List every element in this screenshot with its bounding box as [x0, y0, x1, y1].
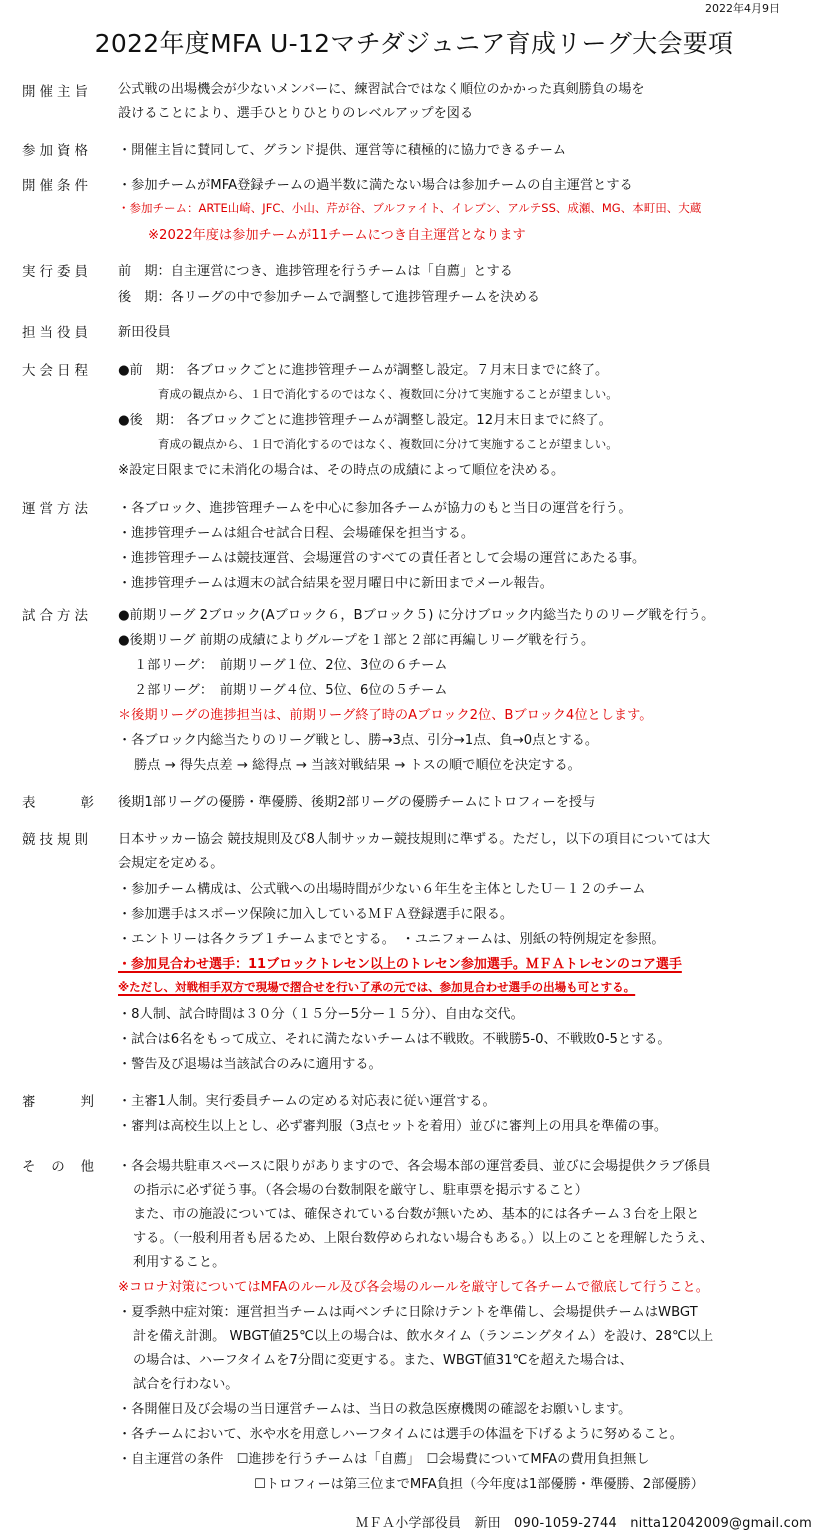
text-line: ・各ブロック内総当たりのリーグ戦とし、勝→3点、引分→1点、負→0点とする。: [118, 729, 598, 748]
text-line: ・進捗管理チームは組合せ試合日程、会場確保を担当する。: [118, 522, 474, 541]
text-line: 前 期：自主運営につき、進捗管理を行うチームは「自薦」とする: [118, 260, 513, 279]
section-label: 運営方法: [22, 497, 100, 517]
label-char: 表: [22, 791, 36, 811]
text-line: ・8人制、試合時間は３０分（１５分ー5分ー１５分）、自由な交代。: [118, 1003, 524, 1022]
section-label: 参加資格: [22, 139, 100, 159]
text-line: 後期1部リーグの優勝・準優勝、後期2部リーグの優勝チームにトロフィーを授与: [118, 791, 595, 810]
text-line: 会規定を定める。: [118, 852, 224, 871]
text-line: ・各チームにおいて、氷や水を用意しハーフタイムには選手の体温を下げるように努める…: [118, 1423, 683, 1442]
text-line: 育成の観点から、１日で消化するのではなく、複数回に分けて実施することが望ましい。: [158, 436, 618, 452]
text-line: ・各ブロック、進捗管理チームを中心に参加各チームが協力のもと当日の運営を行う。: [118, 497, 632, 516]
text-line: の場合は、ハーフタイムを7分間に変更する。また、WBGT値31℃を超えた場合は、: [133, 1349, 633, 1368]
self-management-conditions: ・自主運営の条件 ☐進捗を行うチームは「自薦」 ☐会場費についてMFAの費用負担…: [118, 1448, 650, 1467]
section-label: 実行委員: [22, 260, 100, 280]
exception-note: ※ただし、対戦相手双方で現場で摺合せを行い了承の元では、参加見合わせ選手の出場も…: [118, 979, 635, 995]
label-char: の: [51, 1155, 65, 1175]
text-line: 新田役員: [118, 321, 171, 340]
text-line: ・試合は6名をもって成立、それに満たないチームは不戦敗。不戦勝5-0、不戦敗0-…: [118, 1028, 671, 1047]
text-line: 設けることにより、選手ひとりひとりのレベルアップを図る: [118, 102, 473, 121]
text-line: 勝点 → 得失点差 → 総得点 → 当該対戦結果 → トスの順で順位を決定する。: [134, 754, 581, 773]
text-line: １部リーグ： 前期リーグ１位、2位、3位の６チーム: [134, 654, 448, 673]
text-line: 計を備え計測。 WBGT値25℃以上の場合は、飲水タイム（ランニングタイム）を設…: [133, 1325, 713, 1344]
document-title: 2022年度MFA U-12マチダジュニア育成リーグ大会要項: [0, 24, 828, 60]
text-line: ●前 期： 各ブロックごとに進捗管理チームが調整し設定。７月末日までに終了。: [118, 359, 608, 378]
excluded-players-note: ・参加見合わせ選手：11ブロックトレセン以上のトレセン参加選手。ＭＦＡトレセンの…: [118, 953, 682, 972]
section-label: 試合方法: [22, 604, 100, 624]
text-line: ２部リーグ： 前期リーグ４位、5位、6位の５チーム: [134, 679, 448, 698]
text-line: ●前期リーグ 2ブロック(Aブロック６，Bブロック５) に分けブロック内総当たり…: [118, 604, 714, 623]
text-line: 後 期：各リーグの中で参加チームで調整して進捗管理チームを決める: [118, 286, 540, 305]
section-label: 開催主旨: [22, 80, 100, 100]
progress-note: ＊後期リーグの進捗担当は、前期リーグ終了時のAブロック2位、Bブロック4位としま…: [118, 704, 652, 723]
text-line: ・各開催日及び会場の当日運営チームは、当日の救急医療機関の確認をお願いします。: [118, 1398, 631, 1417]
contact-footer: ＭＦＡ小学部役員 新田 090-1059-2744 nitta12042009@…: [356, 1512, 812, 1531]
text-line: ・エントリーは各クラブ１チームまでとする。 ・ユニフォームは、別紙の特例規定を参…: [118, 928, 665, 947]
text-line: ・参加チーム構成は、公式戦への出場時間が少ない６年生を主体としたＵ－１２のチーム: [118, 878, 646, 897]
text-line: 試合を行わない。: [133, 1373, 239, 1392]
text-line: ※設定日限までに未消化の場合は、その時点の成績によって順位を決める。: [118, 459, 564, 478]
text-line: ・各会場共駐車スペースに限りがありますので、各会場本部の運営委員、並びに会場提供…: [118, 1155, 711, 1174]
label-char: 他: [81, 1155, 95, 1175]
self-management-note: ※2022年度は参加チームが11チームにつき自主運営となります: [148, 224, 526, 243]
text-line: ・進捗管理チームは週末の試合結果を翌月曜日中に新田までメール報告。: [118, 572, 553, 591]
section-label: 大会日程: [22, 359, 100, 379]
document-date: 2022年4月9日: [705, 0, 780, 16]
text-line: ●後 期： 各ブロックごとに進捗管理チームが調整し設定。12月末日までに終了。: [118, 409, 612, 428]
text-line: 育成の観点から、１日で消化するのではなく、複数回に分けて実施することが望ましい。: [158, 386, 618, 402]
text-line: ・開催主旨に賛同して、グランド提供、運営等に積極的に協力できるチーム: [118, 139, 566, 158]
text-line: ・参加チームがMFA登録チームの過半数に満たない場合は参加チームの自主運営とする: [118, 174, 633, 193]
text-line: の指示に必ず従う事。（各会場の台数制限を厳守し、駐車票を掲示すること）: [133, 1179, 588, 1198]
label-char: そ: [22, 1155, 36, 1175]
text-line: ・参加選手はスポーツ保険に加入しているＭＦＡ登録選手に限る。: [118, 903, 513, 922]
text-line: 公式戦の出場機会が少ないメンバーに、練習試合ではなく順位のかかった真剣勝負の場を: [118, 78, 645, 97]
label-char: 判: [81, 1090, 95, 1110]
section-label: 表 彰: [22, 791, 94, 811]
trophy-condition: ☐トロフィーは第三位までMFA負担（今年度は1部優勝・準優勝、2部優勝）: [254, 1473, 704, 1492]
participating-teams: ・参加チーム：ARTE山崎、JFC、小山、芹が谷、ブルファイト、イレブン、アルテ…: [118, 200, 701, 216]
text-line: する。（一般利用者も居るため、上限台数停められない場合もある。）以上のことを理解…: [133, 1227, 714, 1246]
label-char: 審: [22, 1090, 36, 1110]
section-label: 開催条件: [22, 174, 100, 194]
text-line: ・警告及び退場は当該試合のみに適用する。: [118, 1053, 382, 1072]
text-line: ●後期リーグ 前期の成績によりグループを１部と２部に再編しリーグ戦を行う。: [118, 629, 594, 648]
text-line: また、市の施設については、確保されている台数が無いため、基本的には各チーム３台を…: [133, 1203, 699, 1222]
covid-note: ※コロナ対策についてはMFAのルール及び各会場のルールを厳守して各チームで徹底し…: [118, 1276, 709, 1295]
section-label: そ の 他: [22, 1155, 94, 1175]
text-line: 利用すること。: [133, 1251, 225, 1270]
section-label: 競技規則: [22, 828, 100, 848]
section-label: 担当役員: [22, 321, 100, 341]
text-line: 日本サッカー協会 競技規則及び8人制サッカー競技規則に準ずる。ただし，以下の項目…: [118, 828, 710, 847]
text-line: ・進捗管理チームは競技運営、会場運営のすべての責任者として会場の運営にあたる事。: [118, 547, 645, 566]
text-line: ・審判は高校生以上とし、必ず審判服（3点セットを着用）並びに審判上の用具を準備の…: [118, 1115, 667, 1134]
text-line: ・主審1人制。実行委員チームの定める対応表に従い運営する。: [118, 1090, 496, 1109]
label-char: 彰: [81, 791, 95, 811]
text-line: ・夏季熱中症対策：運営担当チームは両ベンチに日除けテントを準備し、会場提供チーム…: [118, 1301, 698, 1320]
section-label: 審 判: [22, 1090, 94, 1110]
